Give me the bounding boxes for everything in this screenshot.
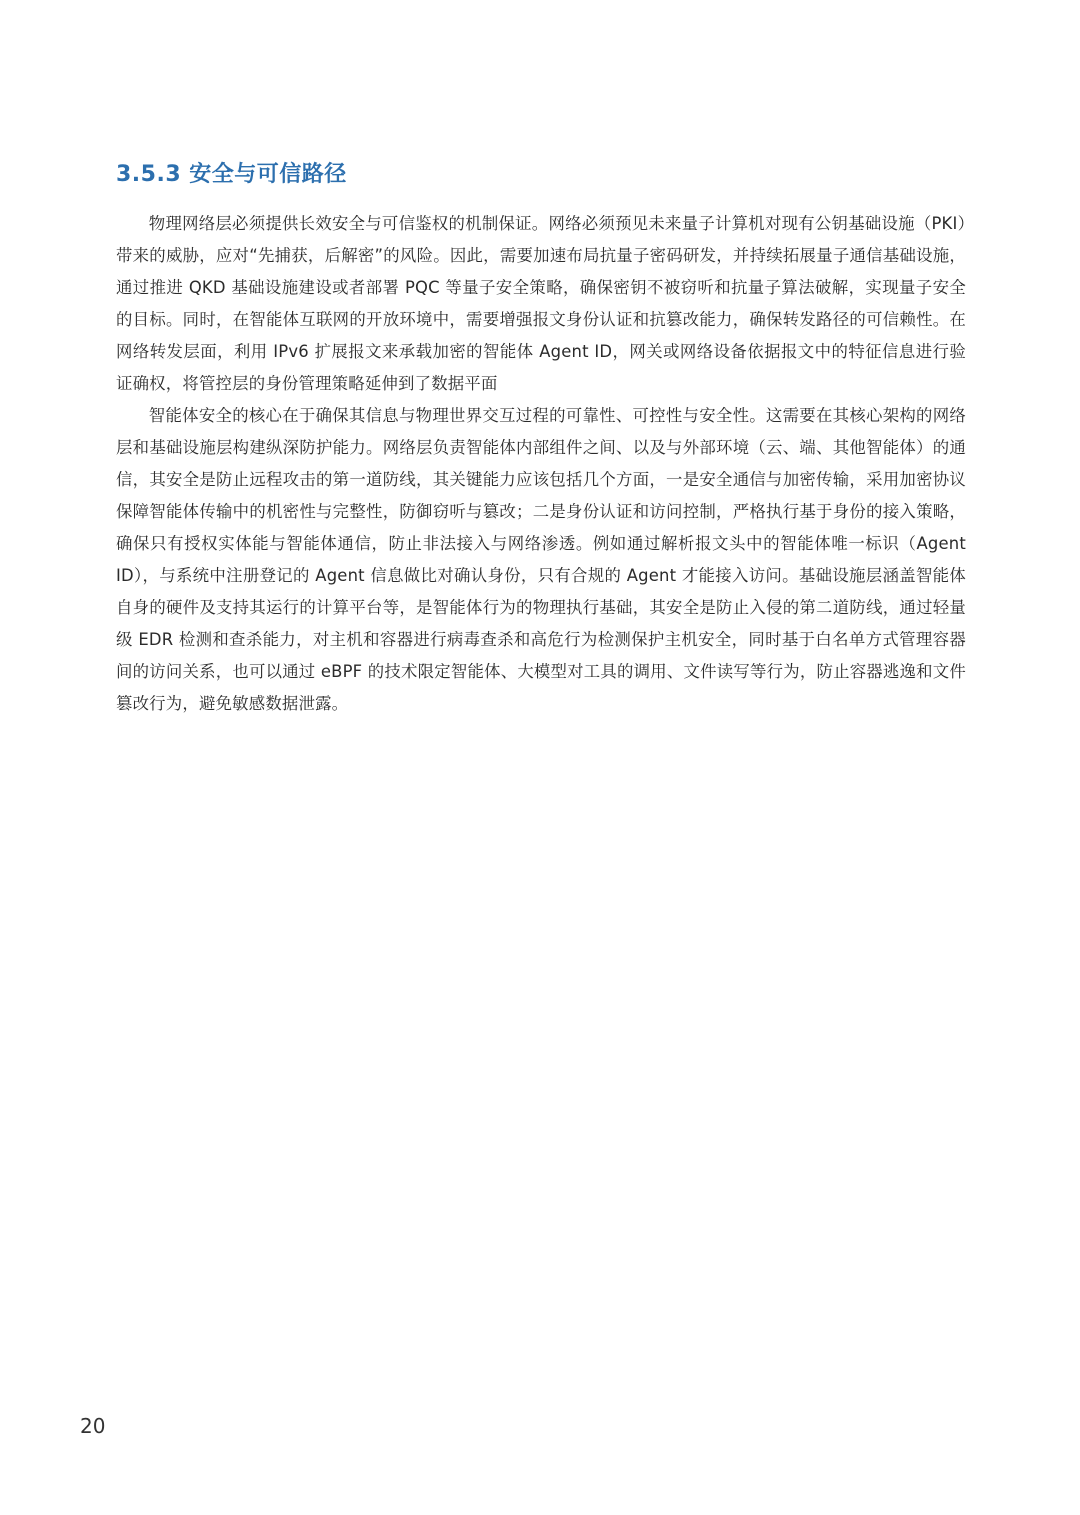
paragraph-agent-security-core: 智能体安全的核心在于确保其信息与物理世界交互过程的可靠性、可控性与安全性。这需要…: [116, 400, 966, 720]
paragraph-physical-network-security: 物理网络层必须提供长效安全与可信鉴权的机制保证。网络必须预见未来量子计算机对现有…: [116, 208, 966, 400]
page-number: 20: [80, 1414, 105, 1438]
page-content: 3.5.3 安全与可信路径 物理网络层必须提供长效安全与可信鉴权的机制保证。网络…: [116, 160, 966, 720]
section-title: 3.5.3 安全与可信路径: [116, 160, 966, 190]
